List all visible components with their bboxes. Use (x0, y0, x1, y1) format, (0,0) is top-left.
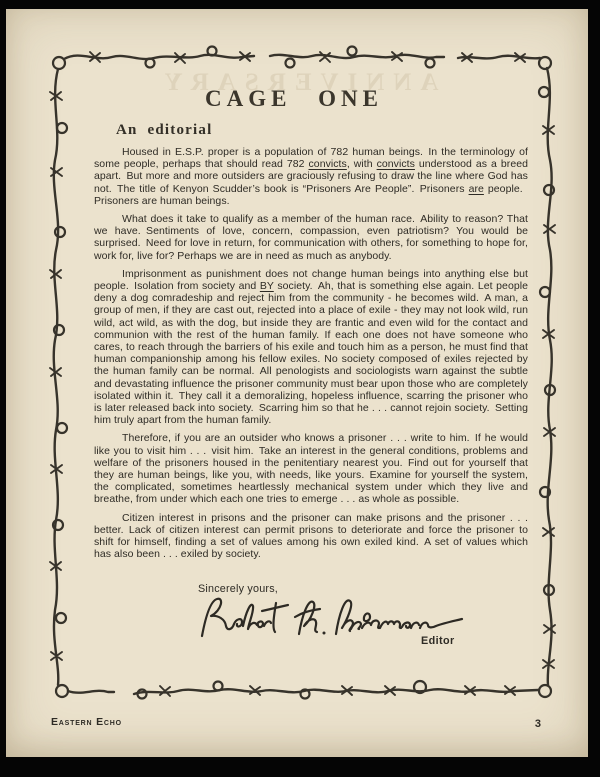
paragraph: Therefore, if you are an outsider who kn… (94, 432, 528, 505)
paragraph: What does it take to qualify as a member… (94, 213, 528, 262)
paper-page: ANNIVERSARY CAGE ONE An editorial Housed… (6, 9, 588, 757)
body-text: Therefore, if you are an outsider who kn… (94, 432, 528, 505)
wire-barbs-left (50, 92, 62, 660)
wire-corner-loop (539, 685, 551, 697)
wire-barbs-right (543, 126, 555, 668)
wire-barbs-bottom (160, 686, 515, 696)
underlined-text: are (469, 183, 484, 195)
body-text: Citizen interest in prisons and the pris… (94, 512, 528, 561)
wire-left (54, 69, 59, 685)
editorial-heading: An editorial (116, 122, 212, 139)
underlined-text: convicts (309, 158, 347, 170)
body-text: , with (347, 158, 377, 170)
wire-corner-loop (56, 685, 68, 697)
editorial-body: Housed in E.S.P. proper is a population … (94, 146, 528, 567)
wire-corner-loop (539, 57, 551, 69)
paragraph: Housed in E.S.P. proper is a population … (94, 146, 528, 207)
editor-label: Editor (421, 635, 455, 647)
paragraph: Imprisonment as punishment does not chan… (94, 268, 528, 427)
underlined-text: BY (260, 280, 274, 292)
wire-bottom (68, 689, 538, 694)
scanned-page: { "page": { "title": "CAGE ONE", "headin… (0, 0, 600, 777)
body-text: society. Ah, that is something else agai… (94, 280, 528, 426)
paragraph: Citizen interest in prisons and the pris… (94, 512, 528, 561)
underlined-text: convicts (377, 158, 415, 170)
page-title: CAGE ONE (6, 86, 582, 112)
page-number: 3 (535, 718, 541, 730)
body-text: What does it take to qualify as a member… (94, 213, 528, 262)
wire-top (64, 55, 540, 59)
publication-name: Eastern Echo (51, 716, 122, 728)
wire-barbs-top (90, 52, 525, 63)
wire-right (547, 68, 552, 685)
wire-corner-loop (53, 57, 65, 69)
